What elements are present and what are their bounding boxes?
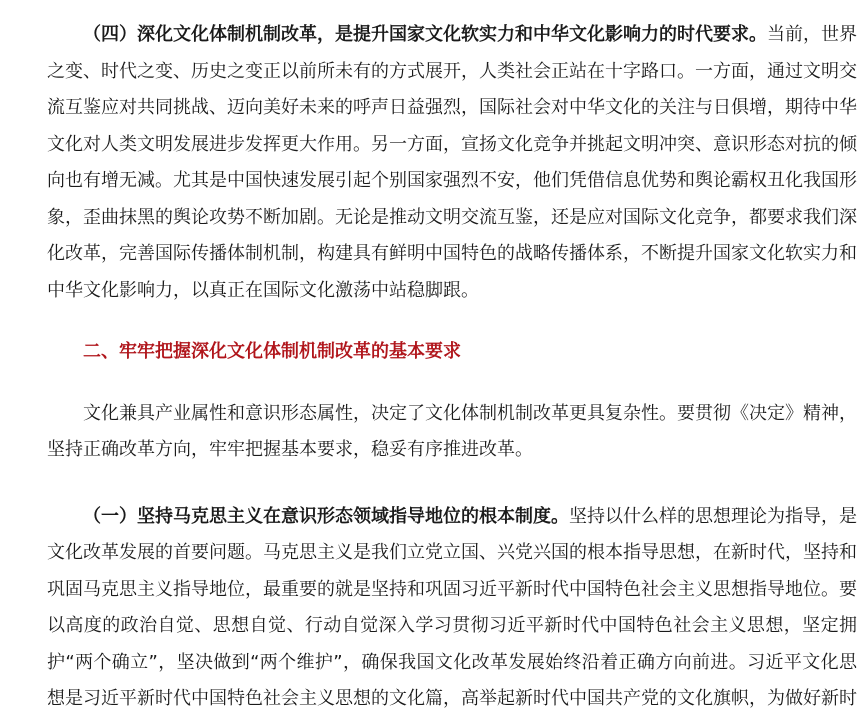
paragraph-text: 坚持以什么样的思想理论为指导，是文化改革发展的首要问题。马克思主义是我们立党立国…: [47, 506, 857, 710]
paragraph-gap: [47, 469, 857, 499]
paragraph-bold-lead: （四）深化文化体制机制改革，是提升国家文化软实力和中华文化影响力的时代要求。: [83, 24, 767, 45]
paragraph-section-4: （四）深化文化体制机制改革，是提升国家文化软实力和中华文化影响力的时代要求。当前…: [47, 17, 857, 309]
section-heading: 二、牢牢把握深化文化体制机制改革的基本要求: [47, 334, 857, 371]
paragraph-intro: 文化兼具产业属性和意识形态属性，决定了文化体制机制改革更具复杂性。要贯彻《决定》…: [47, 396, 857, 469]
paragraph-text: 文化兼具产业属性和意识形态属性，决定了文化体制机制改革更具复杂性。要贯彻《决定》…: [47, 403, 857, 461]
paragraph-bold-lead: （一）坚持马克思主义在意识形态领域指导地位的根本制度。: [83, 506, 569, 527]
paragraph-text: 当前，世界之变、时代之变、历史之变正以前所未有的方式展开，人类社会正站在十字路口…: [47, 24, 857, 301]
document-body: （四）深化文化体制机制改革，是提升国家文化软实力和中华文化影响力的时代要求。当前…: [47, 17, 857, 714]
paragraph-item-1: （一）坚持马克思主义在意识形态领域指导地位的根本制度。坚持以什么样的思想理论为指…: [47, 499, 857, 714]
